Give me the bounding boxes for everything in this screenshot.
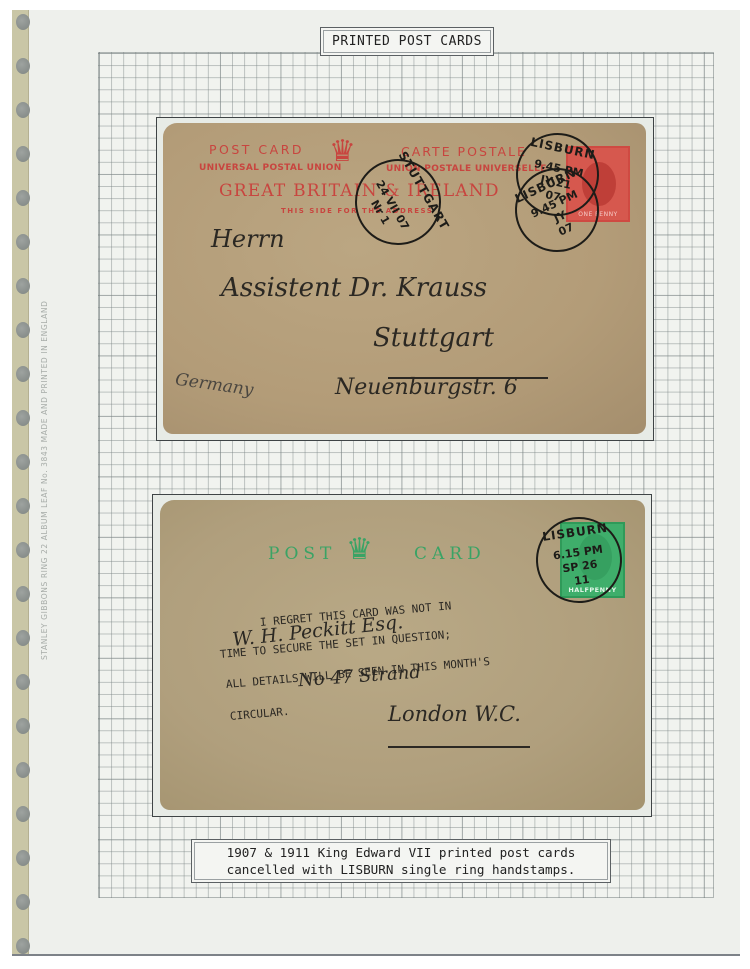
post-card-1907[interactable]: POST CARD ♛ CARTE POSTALE UNIVERSAL POST… (163, 123, 646, 434)
stuttgart-postmark: STUTTGART 24 VII 07 Nr 1 (339, 143, 456, 260)
card-subheading-left: UNIVERSAL POSTAL UNION (199, 163, 342, 173)
caption-line-2: cancelled with LISBURN single ring hands… (192, 861, 610, 878)
country-note: Germany (174, 370, 255, 401)
page-title: PRINTED POST CARDS (320, 27, 494, 56)
card-heading-right: CARD (414, 544, 486, 564)
ring-hole (16, 102, 30, 118)
ring-hole (16, 762, 30, 778)
caption-line-1: 1907 & 1911 King Edward VII printed post… (192, 844, 610, 861)
ring-hole (16, 278, 30, 294)
address-line-1: Herrn (211, 225, 285, 253)
ring-hole (16, 586, 30, 602)
ring-hole (16, 146, 30, 162)
ring-hole (16, 674, 30, 690)
ring-hole (16, 190, 30, 206)
ring-hole (16, 718, 30, 734)
card-heading-right: CARTE POSTALE (401, 144, 527, 159)
page-caption: 1907 & 1911 King Edward VII printed post… (191, 839, 611, 883)
ring-hole (16, 630, 30, 646)
postmark-town: LISBURN (534, 520, 617, 545)
typed-line-4: CIRCULAR. (229, 705, 290, 723)
handwritten-line-3: London W.C. (388, 702, 521, 726)
card-heading-left: POST (268, 544, 336, 564)
address-line-3: Stuttgart (373, 323, 494, 353)
handwritten-line-2: No 47 Strand (297, 662, 421, 692)
post-card-1911[interactable]: POST ♛ CARD HALFPENNY LISBURN 6.15 PM SP… (160, 500, 645, 810)
ring-hole (16, 806, 30, 822)
ring-hole (16, 58, 30, 74)
address-line-2: Assistent Dr. Krauss (221, 273, 487, 303)
royal-coat-of-arms-icon: ♛ (346, 535, 373, 565)
ring-hole (16, 498, 30, 514)
address-line-4: Neuenburgstr. 6 (335, 375, 518, 400)
card-heading-left: POST CARD (209, 142, 304, 157)
album-leaf-imprint: STANLEY GIBBONS RING 22 ALBUM LEAF No. 3… (40, 301, 49, 661)
ring-hole (16, 14, 30, 30)
ring-hole (16, 234, 30, 250)
ring-hole (16, 894, 30, 910)
ring-hole (16, 850, 30, 866)
ring-hole (16, 938, 30, 954)
ring-hole (16, 410, 30, 426)
ring-hole (16, 542, 30, 558)
ring-hole (16, 366, 30, 382)
signature-underline (388, 746, 530, 748)
ring-hole (16, 322, 30, 338)
ring-hole (16, 454, 30, 470)
